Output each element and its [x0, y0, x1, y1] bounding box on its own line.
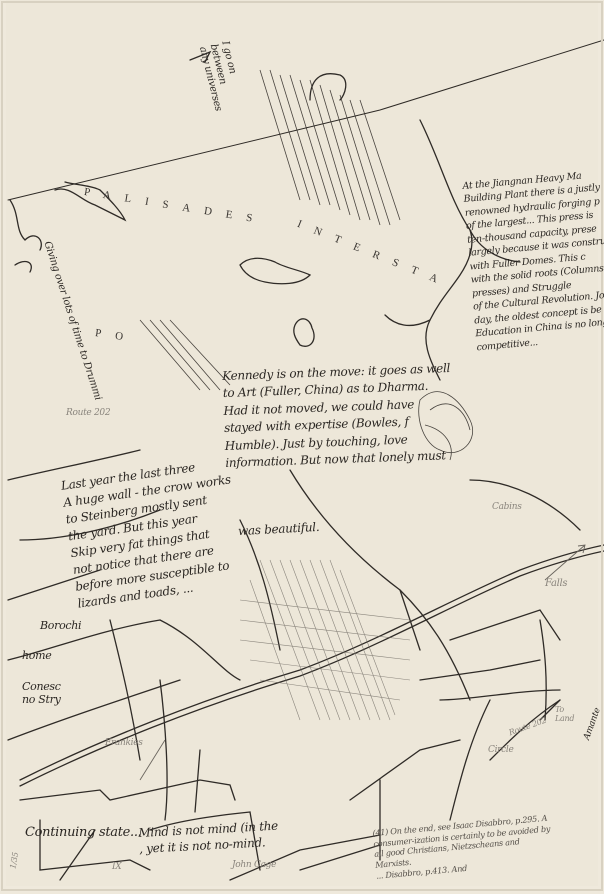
- text-center-block: Kennedy is on the move: it goes as well …: [222, 360, 453, 472]
- text-left-lower-home: home: [22, 650, 51, 663]
- text-bottom-left: Continuing state...: [25, 826, 142, 841]
- plate-number: IX: [112, 862, 121, 872]
- place-frankies: Frankies: [105, 738, 143, 748]
- place-to-land: To Land: [555, 705, 574, 723]
- place-cabins: Cabins: [492, 502, 522, 512]
- place-route-left: Route 202: [66, 408, 110, 418]
- text-left-lower-top: Borochi: [40, 620, 81, 633]
- artist-signature: John Cage: [232, 860, 276, 870]
- text-left-lower: Conesc no Stry: [22, 680, 61, 706]
- text-right-column: At the Jiangnan Heavy Ma Building Plant …: [462, 168, 604, 355]
- text-left-block: Last year the last three A huge wall - t…: [60, 455, 246, 613]
- place-falls: Falls: [545, 578, 567, 590]
- place-circle: Circle: [488, 745, 514, 755]
